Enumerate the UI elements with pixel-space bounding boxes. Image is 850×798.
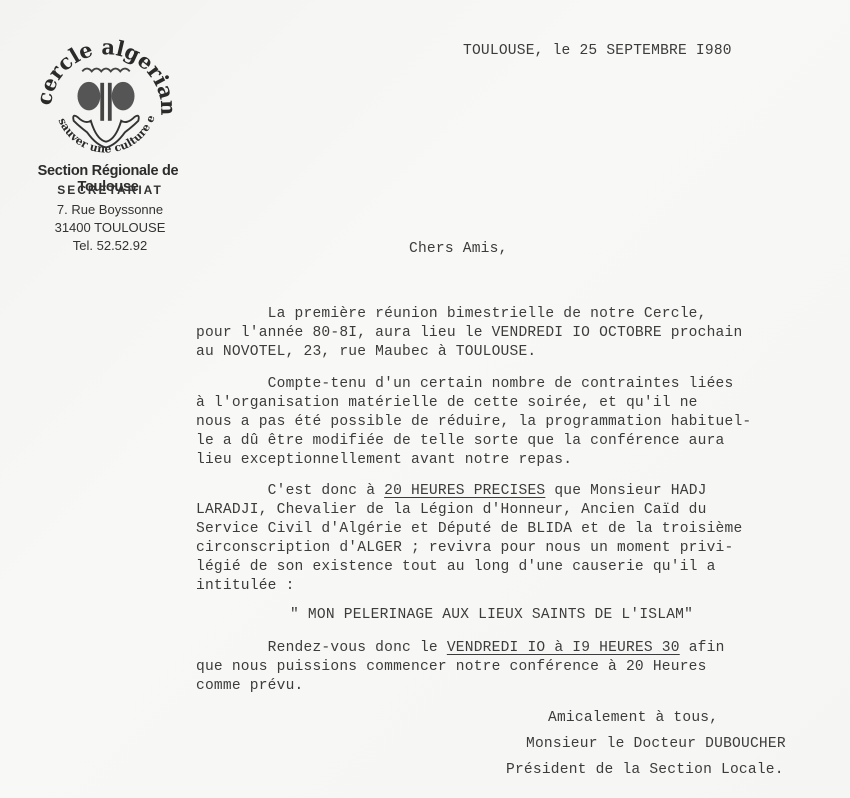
p2-line: à l'organisation matérielle de cette soi…: [196, 395, 698, 411]
closing-greeting: Amicalement à tous,: [548, 710, 718, 726]
signatory-title: Président de la Section Locale.: [506, 762, 784, 778]
p3-text: que Monsieur HADJ: [545, 483, 706, 499]
p3-line: circonscription d'ALGER ; revivra pour n…: [196, 540, 733, 556]
letter-page: cercle algerianiste sauver une culture e…: [0, 0, 850, 798]
p2-line: nous a pas été possible de réduire, la p…: [196, 414, 751, 430]
phone-number: Tel. 52.52.92: [30, 238, 190, 253]
secretariat-label: SECRETARIAT: [40, 183, 180, 197]
p4-text: Rendez-vous donc le: [196, 640, 447, 656]
p4-line: comme prévu.: [196, 678, 304, 694]
lecture-title: " MON PELERINAGE AUX LIEUX SAINTS DE L'I…: [290, 607, 693, 623]
signatory-name: Monsieur le Docteur DUBOUCHER: [526, 736, 786, 752]
p4-line: Rendez-vous donc le VENDREDI IO à I9 HEU…: [196, 640, 725, 656]
p3-line: C'est donc à 20 HEURES PRECISES que Mons…: [196, 483, 707, 499]
hand-of-fatima-emblem-icon: cercle algerianiste sauver une culture e…: [30, 22, 182, 174]
p2-line: Compte-tenu d'un certain nombre de contr…: [196, 376, 733, 392]
p1-line: La première réunion bimestrielle de notr…: [196, 306, 707, 322]
p1-line: au NOVOTEL, 23, rue Maubec à TOULOUSE.: [196, 344, 536, 360]
p4-line: que nous puissions commencer notre confé…: [196, 659, 707, 675]
p3-line: Service Civil d'Algérie et Député de BLI…: [196, 521, 742, 537]
p2-line: lieu exceptionnellement avant notre repa…: [196, 452, 572, 468]
p3-line: intitulée :: [196, 578, 295, 594]
salutation: Chers Amis,: [409, 241, 508, 257]
date-line: TOULOUSE, le 25 SEPTEMBRE I980: [463, 43, 732, 59]
p3-text: C'est donc à: [196, 483, 384, 499]
cercle-algerianiste-logo: cercle algerianiste sauver une culture e…: [30, 22, 182, 174]
p3-line: LARADJI, Chevalier de la Légion d'Honneu…: [196, 502, 707, 518]
p1-line: pour l'année 80-8I, aura lieu le VENDRED…: [196, 325, 742, 341]
p4-text: afin: [680, 640, 725, 656]
p2-line: le a dû être modifiée de telle sorte que…: [196, 433, 725, 449]
p3-line: légié de son existence tout au long d'un…: [196, 559, 716, 575]
rendezvous-emphasis: VENDREDI IO à I9 HEURES 30: [447, 640, 680, 656]
time-emphasis: 20 HEURES PRECISES: [384, 483, 545, 499]
address-street: 7. Rue Boyssonne: [30, 202, 190, 217]
address-city: 31400 TOULOUSE: [30, 220, 190, 235]
